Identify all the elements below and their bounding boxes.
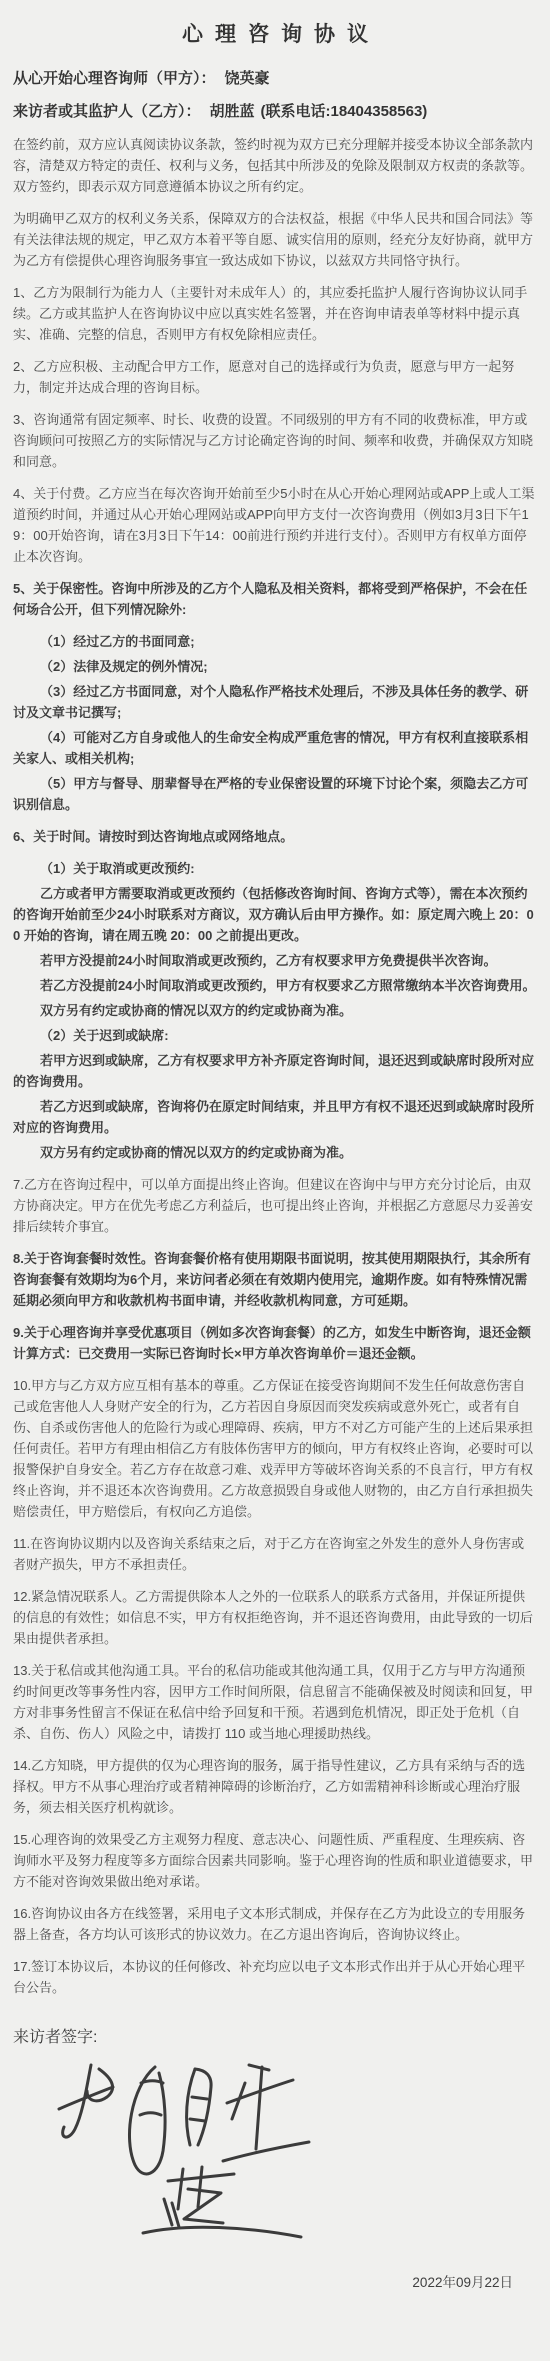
agreement-paragraph: 若乙方迟到或缺席，咨询将仍在原定时间结束，并且甲方有权不退还迟到或缺席时段所对应…	[13, 1096, 537, 1138]
agreement-paragraph: 若乙方没提前24小时间取消或更改预约，甲方有权要求乙方照常缴纳本半次咨询费用。	[13, 975, 537, 996]
agreement-paragraph: 6、关于时间。请按时到达咨询地点或网络地点。	[13, 826, 537, 847]
agreement-paragraph: 7.乙方在咨询过程中，可以单方面提出终止咨询。但建议在咨询中与甲方充分讨论后，由…	[13, 1174, 537, 1237]
agreement-paragraph: 乙方或者甲方需要取消或更改预约（包括修改咨询时间、咨询方式等），需在本次预约的咨…	[13, 883, 537, 946]
agreement-paragraph: 1、乙方为限制行为能力人（主要针对未成年人）的，其应委托监护人履行咨询协议认同手…	[13, 282, 537, 345]
agreement-paragraph: 12.紧急情况联系人。乙方需提供除本人之外的一位联系人的联系方式备用，并保证所提…	[13, 1586, 537, 1649]
agreement-paragraph: 双方另有约定或协商的情况以双方的约定或协商为准。	[13, 1000, 537, 1021]
agreement-paragraph: 2、乙方应积极、主动配合甲方工作，愿意对自己的选择或行为负责，愿意与甲方一起努力…	[13, 356, 537, 398]
agreement-paragraph: 双方另有约定或协商的情况以双方的约定或协商为准。	[13, 1142, 537, 1163]
agreement-paragraph: 9.关于心理咨询并享受优惠项目（例如多次咨询套餐）的乙方，如发生中断咨询，退还金…	[13, 1322, 537, 1364]
party-b-label: 来访者或其监护人（乙方）：	[13, 103, 201, 120]
agreement-paragraph: 8.关于咨询套餐时效性。咨询套餐价格有使用期限书面说明，按其使用期限执行，其余所…	[13, 1248, 537, 1311]
agreement-paragraph: 4、关于付费。乙方应当在每次咨询开始前至少5小时在从心开始心理网站或APP上或人…	[13, 483, 537, 567]
agreement-paragraph: （4）可能对乙方自身或他人的生命安全构成严重危害的情况，甲方有权利直接联系相关家…	[13, 727, 537, 769]
agreement-paragraph: 5、关于保密性。咨询中所涉及的乙方个人隐私及相关资料，都将受到严格保护，不会在任…	[13, 578, 537, 620]
agreement-page: 心理咨询协议 从心开始心理咨询师（甲方）：饶英豪 来访者或其监护人（乙方）：胡胜…	[0, 0, 550, 2361]
party-b-name: 胡胜蓝	[210, 103, 255, 120]
party-a-line: 从心开始心理咨询师（甲方）：饶英豪	[13, 68, 537, 90]
agreement-paragraph: （2）法律及规定的例外情况;	[13, 656, 537, 677]
visitor-signature	[27, 2057, 327, 2257]
agreement-paragraph: 16.咨询协议由各方在线签署，采用电子文本形式制成，并保存在乙方为此设立的专用服…	[13, 1903, 537, 1945]
agreement-paragraph: （3）经过乙方书面同意，对个人隐私作严格技术处理后，不涉及具体任务的教学、研讨及…	[13, 681, 537, 723]
agreement-paragraph: 14.乙方知晓，甲方提供的仅为心理咨询的服务，属于指导性建议，乙方具有采纳与否的…	[13, 1755, 537, 1818]
agreement-paragraph: 10.甲方与乙方双方应互相有基本的尊重。乙方保证在接受咨询期间不发生任何故意伤害…	[13, 1375, 537, 1522]
agreement-paragraph: 17.签订本协议后，本协议的任何修改、补充均应以电子文本形式作出并于从心开始心理…	[13, 1956, 537, 1998]
party-a-name: 饶英豪	[225, 70, 270, 87]
agreement-paragraph: 11.在咨询协议期内以及咨询关系结束之后，对于乙方在咨询室之外发生的意外人身伤害…	[13, 1533, 537, 1575]
visitor-signature-label: 来访者签字:	[13, 2024, 537, 2047]
agreement-paragraph: 若甲方没提前24小时间取消或更改预约，乙方有权要求甲方免费提供半次咨询。	[13, 950, 537, 971]
agreement-paragraph: 13.关于私信或其他沟通工具。平台的私信功能或其他沟通工具，仅用于乙方与甲方沟通…	[13, 1660, 537, 1744]
agreement-paragraph: （1）关于取消或更改预约:	[13, 858, 537, 879]
signature-date: 2022年09月22日	[13, 2271, 537, 2291]
page-title: 心理咨询协议	[13, 18, 537, 48]
agreement-paragraph: 3、咨询通常有固定频率、时长、收费的设置。不同级别的甲方有不同的收费标准，甲方或…	[13, 409, 537, 472]
party-b-phone: (联系电话:18404358563)	[261, 103, 428, 120]
agreement-body: 在签约前，双方应认真阅读协议条款，签约时视为双方已充分理解并接受本协议全部条款内…	[13, 134, 537, 1998]
agreement-paragraph: （1）经过乙方的书面同意;	[13, 631, 537, 652]
party-b-line: 来访者或其监护人（乙方）：胡胜蓝(联系电话:18404358563)	[13, 101, 537, 123]
agreement-paragraph: 在签约前，双方应认真阅读协议条款，签约时视为双方已充分理解并接受本协议全部条款内…	[13, 134, 537, 197]
agreement-paragraph: 15.心理咨询的效果受乙方主观努力程度、意志决心、问题性质、严重程度、生理疾病、…	[13, 1829, 537, 1892]
party-a-label: 从心开始心理咨询师（甲方）：	[13, 70, 216, 87]
agreement-paragraph: （2）关于迟到或缺席:	[13, 1025, 537, 1046]
agreement-paragraph: 若甲方迟到或缺席，乙方有权要求甲方补齐原定咨询时间，退还迟到或缺席时段所对应的咨…	[13, 1050, 537, 1092]
agreement-paragraph: （5）甲方与督导、朋辈督导在严格的专业保密设置的环境下讨论个案，须隐去乙方可识别…	[13, 773, 537, 815]
agreement-paragraph: 为明确甲乙双方的权利义务关系，保障双方的合法权益，根据《中华人民共和国合同法》等…	[13, 208, 537, 271]
visitor-signature-drawing	[27, 2057, 327, 2257]
